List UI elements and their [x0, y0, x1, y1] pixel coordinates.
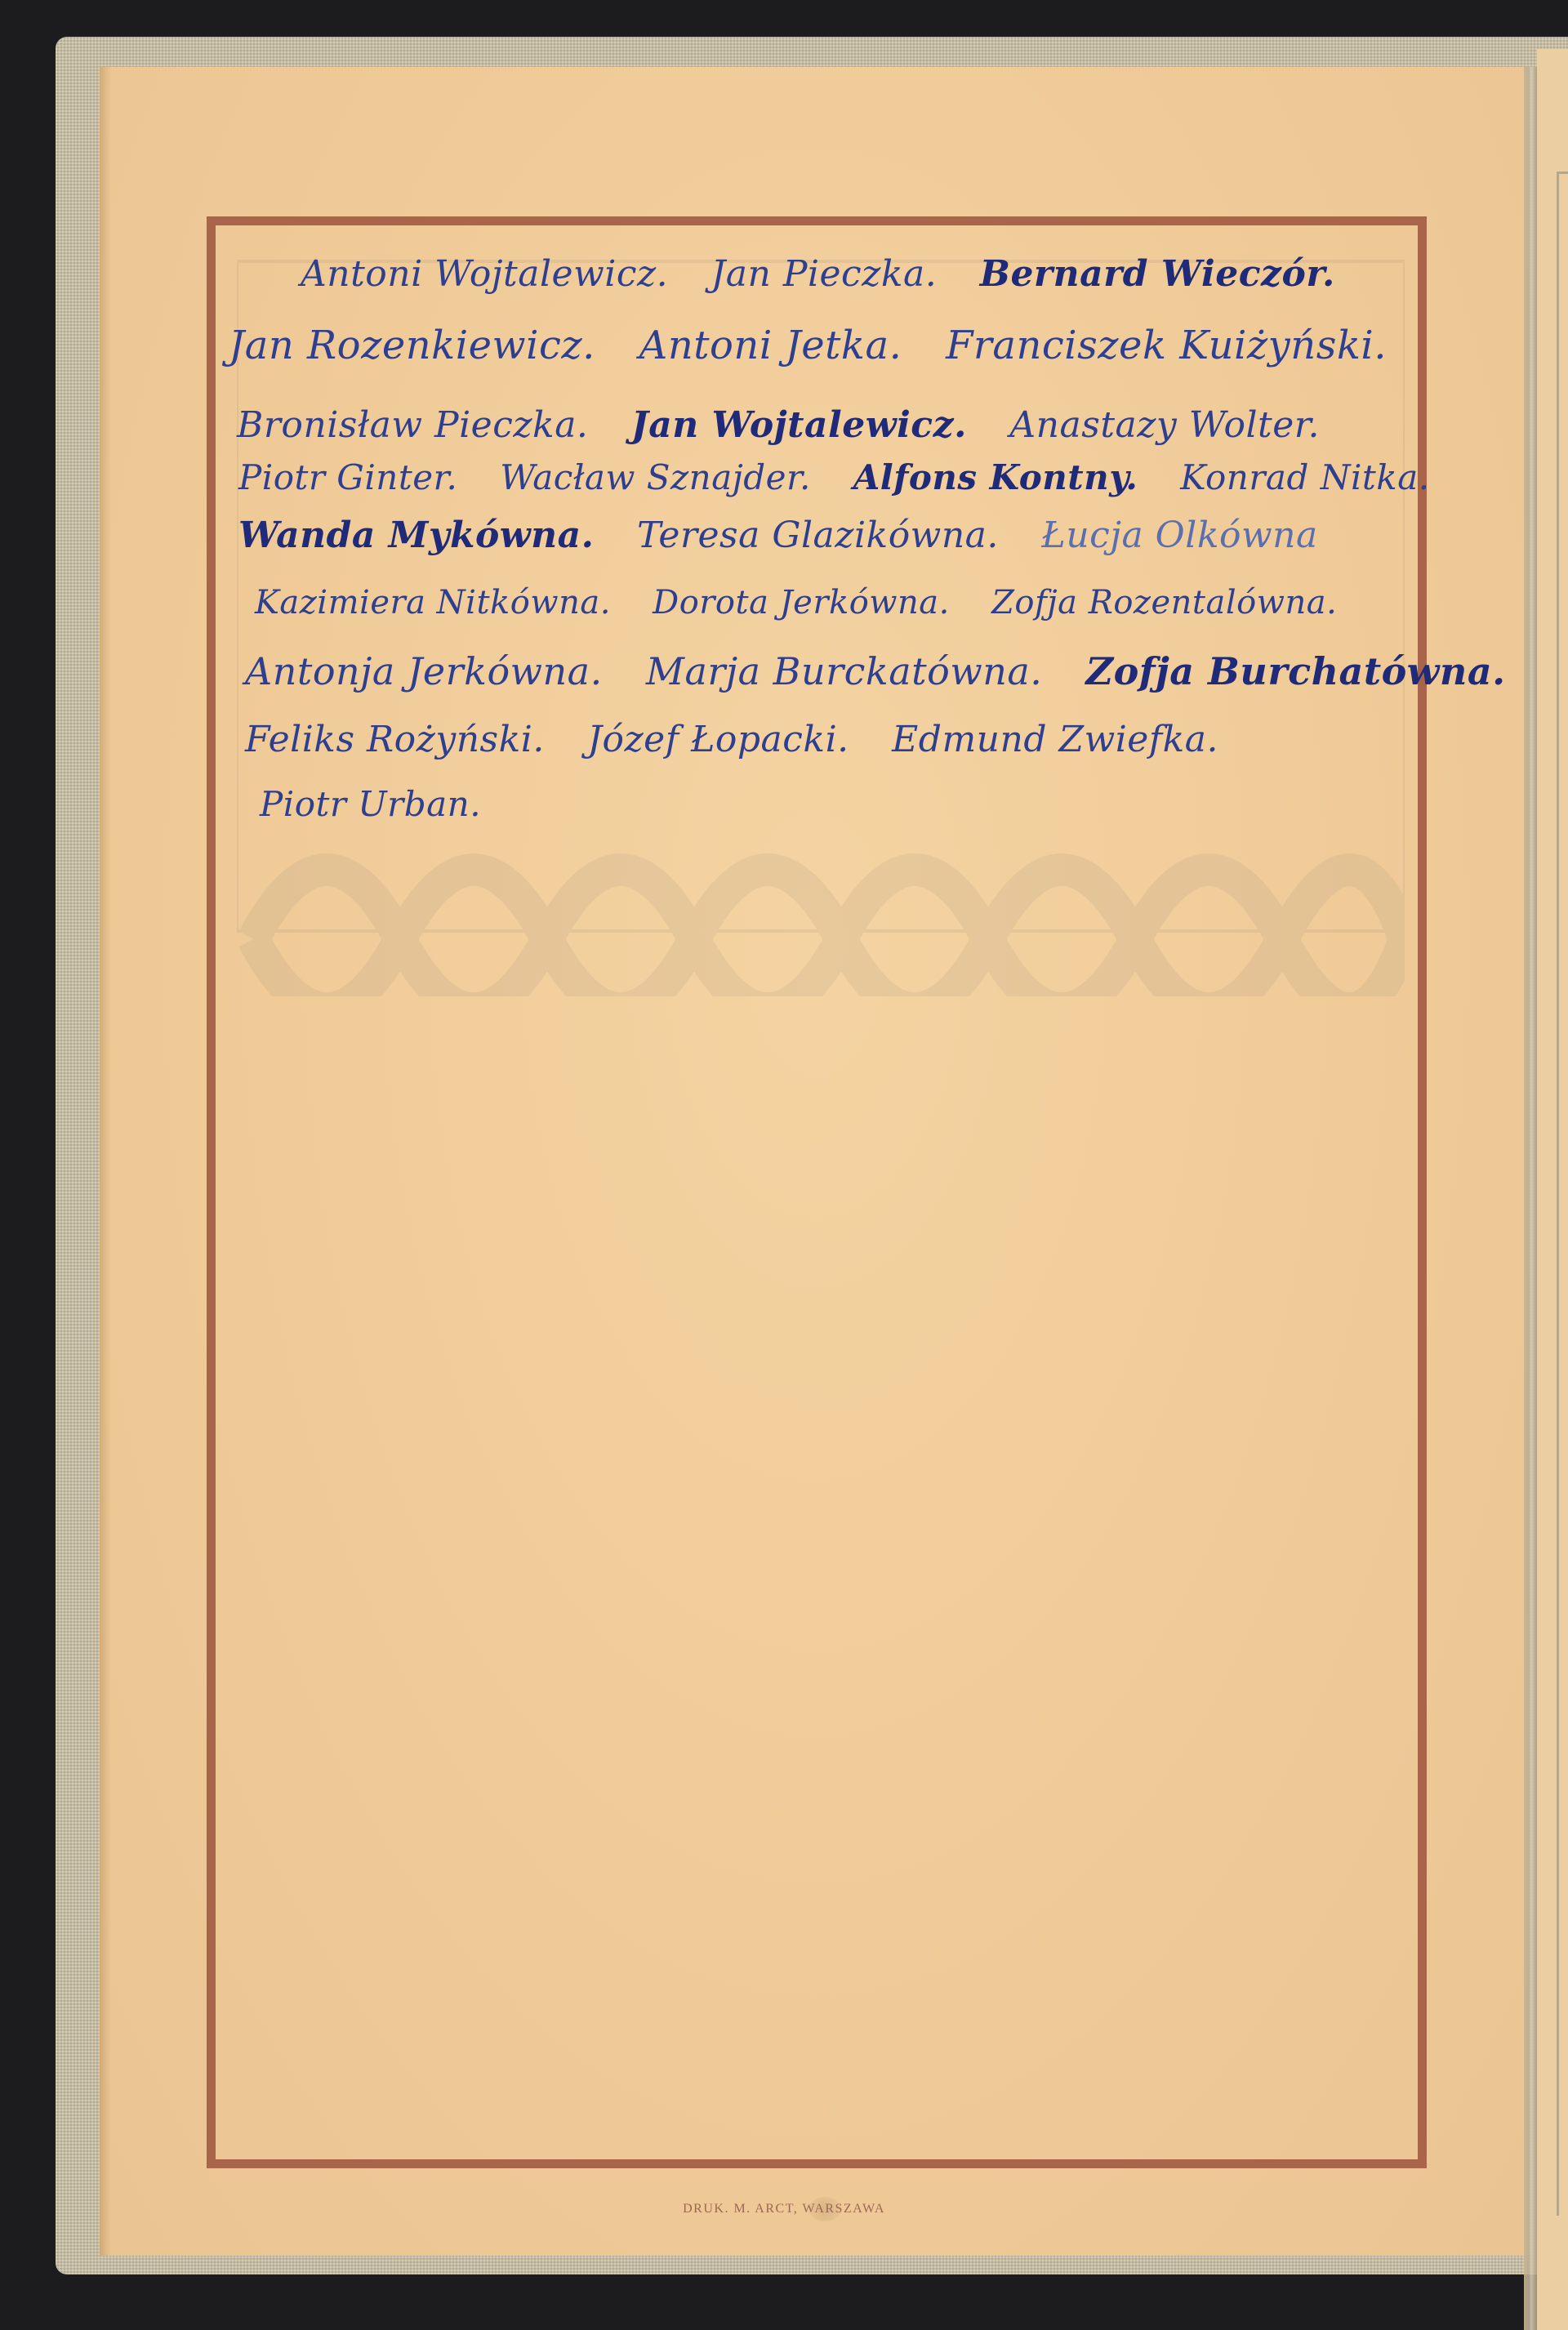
name-entry: Piotr Urban.	[260, 784, 481, 824]
name-entry: Józef Łopacki.	[587, 719, 849, 760]
name-entry: Teresa Glazikówna.	[637, 515, 999, 556]
name-entry: Antoni Wojtalewicz.	[301, 253, 668, 295]
name-entry: Jan Pieczka.	[711, 253, 938, 295]
name-line-2: Jan Rozenkiewicz. Antoni Jetka. Francisz…	[229, 323, 1418, 368]
page-frame-border	[207, 216, 1427, 2168]
name-entry: Zofja Burchatówna.	[1086, 649, 1506, 693]
name-entry: Antonja Jerkówna.	[245, 649, 603, 693]
name-entry: Dorota Jerkówna.	[653, 584, 950, 621]
name-entry: Franciszek Kuiżyński.	[946, 323, 1387, 368]
name-entry: Edmund Zwiefka.	[892, 719, 1218, 760]
name-line-8: Feliks Rożyński. Józef Łopacki. Edmund Z…	[245, 719, 1249, 760]
name-line-9: Piotr Urban.	[260, 784, 512, 824]
name-line-5: Wanda Mykówna. Teresa Glazikówna. Łucja …	[238, 515, 1349, 556]
name-entry: Marja Burckatówna.	[646, 649, 1043, 693]
name-line-6: Kazimiera Nitkówna. Dorota Jerkówna. Zof…	[255, 584, 1368, 621]
name-entry: Alfons Kontny.	[853, 457, 1138, 497]
name-line-3: Bronisław Pieczka. Jan Wojtalewicz. Anas…	[237, 404, 1351, 446]
name-entry: Piotr Ginter.	[238, 457, 457, 497]
name-line-1: Antoni Wojtalewicz. Jan Pieczka. Bernard…	[301, 253, 1366, 295]
name-entry: Zofja Rozentalówna.	[991, 584, 1337, 621]
name-entry: Łucja Olkówna	[1041, 515, 1317, 556]
printer-imprint: DRUK. M. ARCT, WARSZAWA	[0, 2202, 1568, 2216]
name-line-4: Piotr Ginter. Wacław Sznajder. Alfons Ko…	[238, 457, 1461, 497]
name-entry: Konrad Nitka.	[1180, 457, 1429, 497]
name-line-7: Antonja Jerkówna. Marja Burckatówna. Zof…	[245, 649, 1537, 693]
name-entry: Antoni Jetka.	[639, 323, 902, 368]
name-entry: Anastazy Wolter.	[1009, 404, 1320, 446]
name-entry: Bernard Wieczór.	[980, 253, 1335, 295]
name-entry: Feliks Rożyński.	[245, 719, 545, 760]
name-entry: Kazimiera Nitkówna.	[255, 584, 611, 621]
name-entry: Jan Wojtalewicz.	[631, 404, 967, 446]
name-entry: Wacław Sznajder.	[500, 457, 811, 497]
page-edge-shadow	[100, 67, 111, 2256]
facing-page-border	[1557, 172, 1568, 2216]
name-entry: Wanda Mykówna.	[238, 515, 594, 556]
book-spine-gutter	[1524, 67, 1537, 2330]
name-entry: Bronisław Pieczka.	[237, 404, 588, 446]
name-entry: Jan Rozenkiewicz.	[229, 323, 595, 368]
